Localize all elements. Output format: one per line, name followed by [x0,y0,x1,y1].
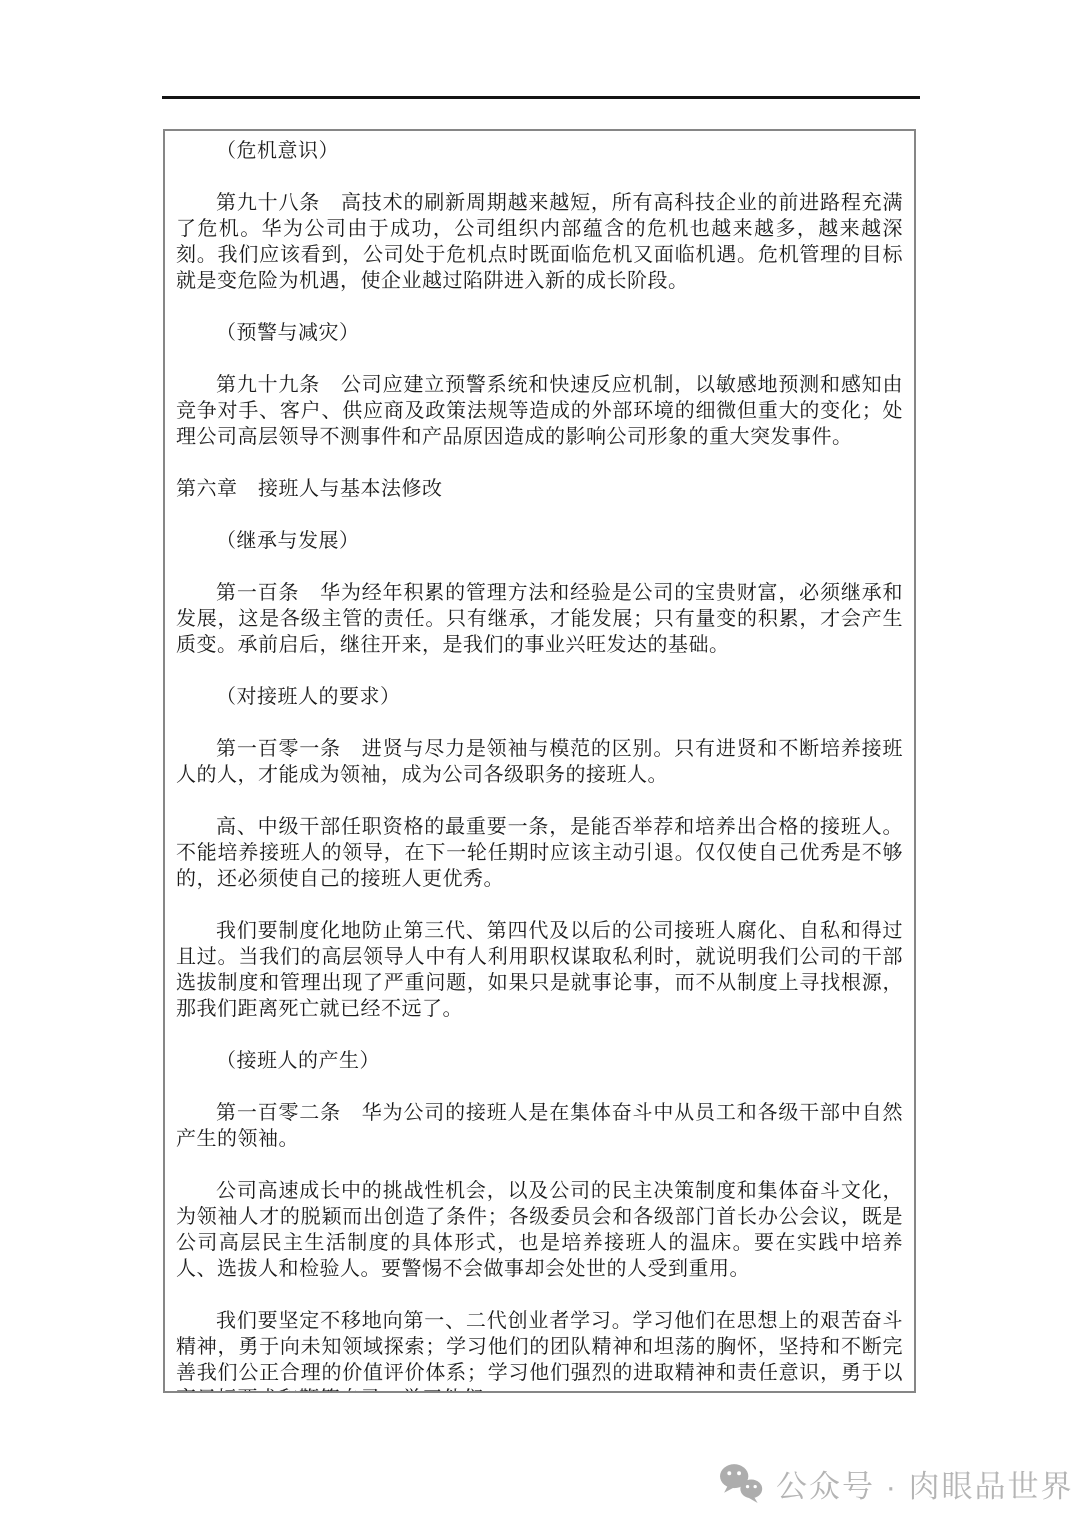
paragraph: 第九十八条 高技术的刷新周期越来越短，所有高科技企业的前进路程充满了危机。华为公… [176,190,903,294]
document-body: （危机意识）第九十八条 高技术的刷新周期越来越短，所有高科技企业的前进路程充满了… [176,138,903,1393]
paragraph: 第一百零二条 华为公司的接班人是在集体奋斗中从员工和各级干部中自然产生的领袖。 [176,1100,903,1152]
header-rule [162,96,920,99]
paragraph: 高、中级干部任职资格的最重要一条，是能否举荐和培养出合格的接班人。不能培养接班人… [176,814,903,892]
document-page: { "page": { "background": "#ffffff", "ru… [0,0,1080,1528]
paragraph: 第一百零一条 进贤与尽力是领袖与模范的区别。只有进贤和不断培养接班人的人，才能成… [176,736,903,788]
paragraph: （继承与发展） [176,528,903,554]
paragraph: （危机意识） [176,138,903,164]
paragraph: 公司高速成长中的挑战性机会，以及公司的民主决策制度和集体奋斗文化，为领袖人才的脱… [176,1178,903,1282]
watermark-text: 公众号 · 肉眼品世界 [776,1461,1074,1506]
document-border-box: （危机意识）第九十八条 高技术的刷新周期越来越短，所有高科技企业的前进路程充满了… [163,129,916,1393]
paragraph: 第九十九条 公司应建立预警系统和快速反应机制，以敏感地预测和感知由竞争对手、客户… [176,372,903,450]
paragraph: （对接班人的要求） [176,684,903,710]
wechat-icon [718,1463,765,1504]
paragraph: 我们要坚定不移地向第一、二代创业者学习。学习他们在思想上的艰苦奋斗精神，勇于向未… [176,1308,903,1393]
paragraph: （接班人的产生） [176,1048,903,1074]
paragraph: （预警与减灾） [176,320,903,346]
paragraph: 第六章 接班人与基本法修改 [176,476,903,502]
paragraph: 我们要制度化地防止第三代、第四代及以后的公司接班人腐化、自私和得过且过。当我们的… [176,918,903,1022]
paragraph: 第一百条 华为经年积累的管理方法和经验是公司的宝贵财富，必须继承和发展，这是各级… [176,580,903,658]
watermark: 公众号 · 肉眼品世界 [718,1460,1074,1506]
